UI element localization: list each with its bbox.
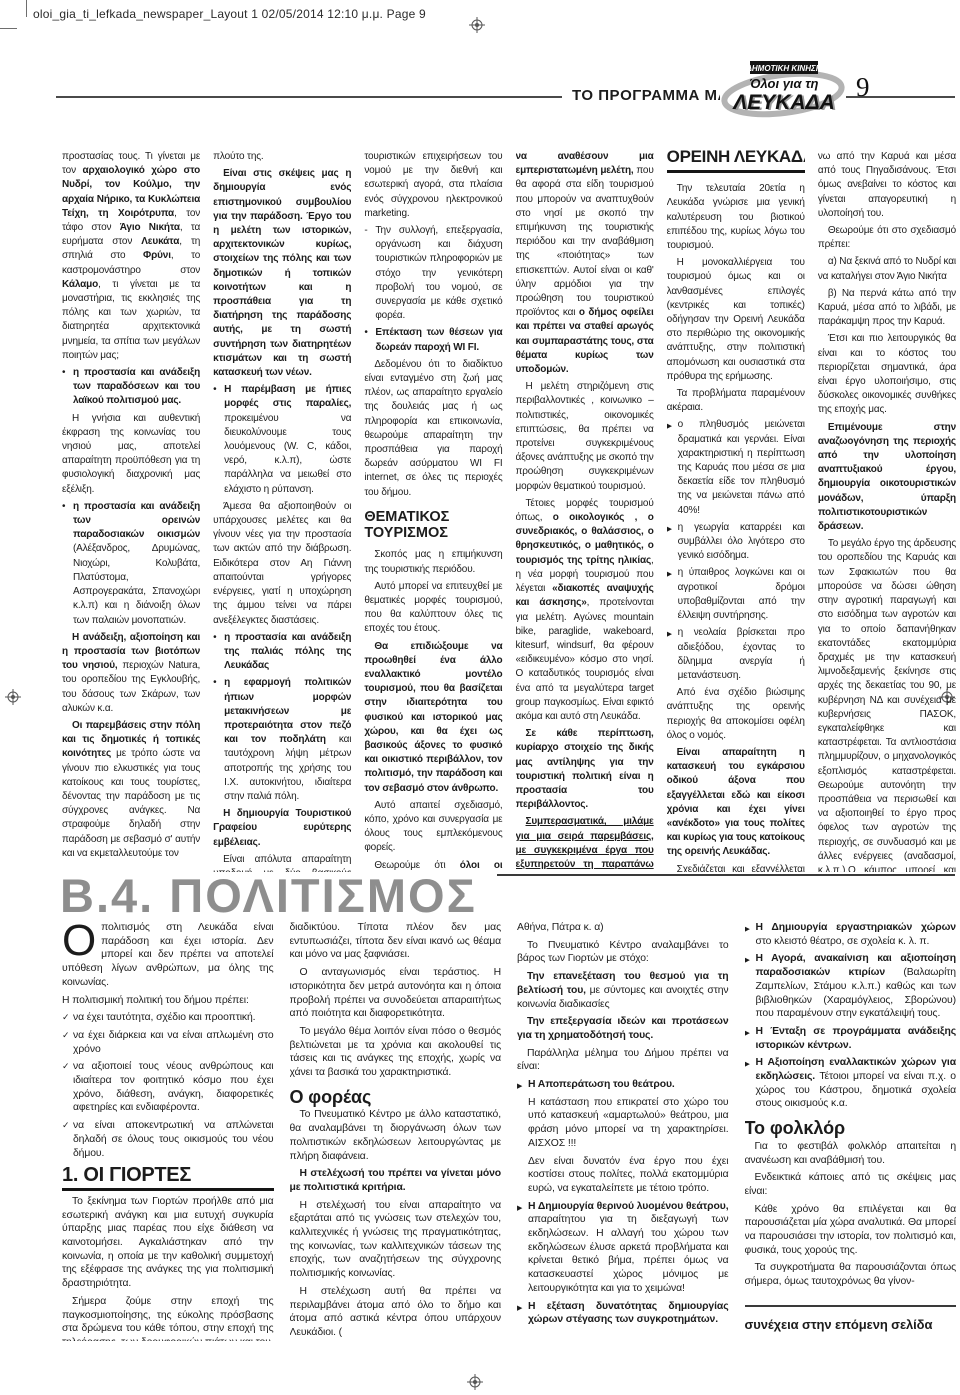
text-run: η εφαρμογή πολιτικών ήπιων μορφών μετακι… [224, 677, 351, 745]
paragraph: Άμεσα θα αξιοποιηθούν οι υπάρχουσες μελέ… [213, 500, 351, 628]
text-run: Για το φεστιβάλ φολκλόρ απαιτείται η ανα… [745, 1141, 957, 1166]
bottom-column-3: Αθήνα, Πάτρα κ. α)Το Πνευματικό Κέντρο α… [517, 921, 729, 1341]
paragraph: τουριστικών επιχειρήσεων του νομού με τη… [364, 150, 502, 221]
text-run: Το Πνευματικό Κέντρο αναλαμβάνει το βάρο… [517, 940, 729, 965]
text-run: Παράλληλα μέλημα του Δήμου πρέπει να είν… [517, 1048, 729, 1073]
check-list-item: ✓να έχει ταυτότητα, σχέδιο και προοπτική… [62, 1011, 274, 1025]
bullet-icon: • [213, 383, 216, 397]
text-run: Αθήνα, Πάτρα κ. α) [517, 922, 604, 933]
arrow-bullet-icon: ▶ [667, 523, 672, 537]
paragraph: Η δημιουργία Τουριστικού Γραφείου ευρύτε… [213, 807, 351, 850]
party-logo: ΔΗΜΟΤΙΚΗ ΚΙΝΗΣΗ Όλοι για τη ΛΕΥΚΑΔΑ ΛΕΥΚ… [720, 60, 846, 120]
text-run: β) Να περνά κάτω από την Καρυά, μέσα από… [818, 288, 956, 327]
text-run: Η Αποπεράτωση του θεάτρου. [528, 1079, 675, 1090]
page-number: 9 [856, 72, 870, 103]
paragraph: Σκοπός μας η επιμήκυνση της τουριστικής … [364, 548, 502, 576]
text-run: Κάθε χρόνο θα επιλέγεται και θα παρουσιά… [745, 1204, 957, 1256]
text-run: η προστασία και ανάδειξη της παλιάς πόλη… [224, 632, 351, 671]
paragraph: Για το φεστιβάλ φολκλόρ απαιτείται η ανα… [745, 1140, 957, 1167]
text-run: Είναι απαραίτητη η κατασκευή του εγκάρσι… [667, 747, 805, 857]
paragraph: διαδικτύου. Τίποτα πλέον δεν μας εντυπωσ… [290, 921, 502, 962]
text-run: Η δημιουργία Τουριστικού Γραφείου ευρύτε… [213, 808, 351, 847]
text-run: Επιμένουμε στην αναζωογόνηση της περιοχή… [818, 422, 956, 532]
text-run: Τα συγκροτήματα θα παρουσιάζονται όπως σ… [745, 1262, 957, 1287]
paragraph: Το Πνευματικό Κέντρο με άλλο καταστατικό… [290, 1108, 502, 1163]
top-column-5: ΟΡΕΙΝΗ ΛΕΥΚΑΔΑΤην τελευταία 20ετία η Λευ… [667, 150, 805, 872]
paragraph: Ο ανταγωνισμός είναι τεράστιος. Η ιστορι… [290, 966, 502, 1021]
text-run: Η Ένταξη σε προγράμματα ανάδειξης ιστορι… [756, 1026, 957, 1051]
arrow-bullet-icon: ▶ [745, 1027, 750, 1041]
check-list-item: ✓να είναι αποκεντρωτική να απλώνεται δηλ… [62, 1119, 274, 1160]
text-run: Αυτό απαιτεί σχεδιασμό, κόπο, χρόνο και … [364, 800, 502, 854]
paragraph: Η στελέχωση αυτή θα πρέπει να περιλαμβάν… [290, 1285, 502, 1340]
registration-mark-icon [467, 1374, 483, 1390]
column-heading: ΟΡΕΙΝΗ ΛΕΥΚΑΔΑ [667, 150, 805, 173]
check-list-item: ✓να αξιοποιεί τους νέους ανθρώπους και ι… [62, 1060, 274, 1115]
arrow-list-item: ▶Η Αγορά, ανακαίνιση και αξιοποίηση παρα… [745, 952, 957, 1021]
dash-bullet-icon: - [364, 224, 367, 238]
sub-heading: Το φολκλόρ [745, 1122, 957, 1136]
paragraph: πλούτο της. [213, 150, 351, 164]
text-run: Έτσι και πιο λειτουργικός θα είναι και τ… [818, 333, 956, 415]
text-run: Κάλαμο [62, 279, 98, 290]
check-list-item: ✓να έχει διάρκεια και να είναι απλωμένη … [62, 1029, 274, 1056]
paragraph: Θεωρούμε ότι στο σχεδιασμό πρέπει: [818, 224, 956, 252]
check-bullet-icon: ✓ [62, 1029, 69, 1043]
text-run: Η στελέχωσή του είναι απαραίτητο να εξαρ… [290, 1200, 502, 1280]
text-run: Η στελέχωση αυτή θα πρέπει να περιλαμβάν… [290, 1286, 502, 1338]
text-run: Το φολκλόρ [745, 1118, 846, 1138]
bullet-list-item: •η προστασία και ανάδειξη των ορεινών πα… [62, 500, 200, 628]
arrow-list-item: ▶η νεολαία βρίσκεται προ αδιεξόδου, έχον… [667, 626, 805, 683]
text-run: Ο φορέας [290, 1087, 372, 1107]
paragraph: Το Πνευματικό Κέντρο αναλαμβάνει το βάρο… [517, 939, 729, 966]
text-run: Την συλλογή, επεξεργασία, οργάνωση και δ… [375, 225, 502, 321]
text-run: ο πληθυσμός μειώνεται δραματικά και γερν… [678, 419, 805, 515]
paragraph: Σε κάθε περίπτωση, κυρίαρχο στοιχείο της… [516, 727, 654, 812]
text-run: Σήμερα ζούμε στην εποχή της παγκοσμιοποί… [62, 1296, 274, 1341]
text-run: Η Δημιουργία εργαστηριακών χώρων [756, 922, 957, 933]
paragraph: νω από την Καρυά και μέσα από τους Πηγαδ… [818, 150, 956, 221]
bullet-list-item: •η προστασία και ανάδειξη της παλιάς πόλ… [213, 631, 351, 674]
paragraph: Σήμερα ζούμε στην εποχή της παγκοσμιοποί… [62, 1295, 274, 1341]
text-run: να αξιοποιεί τους νέους ανθρώπους και ιδ… [73, 1061, 274, 1113]
text-run: η ύπαιθρος λογκώνει και οι αγροτικοί δρό… [678, 567, 805, 621]
arrow-bullet-icon: ▶ [667, 568, 672, 582]
newspaper-prepress-page: { "prepress": { "slug": "oloi_gia_ti_lef… [0, 0, 960, 1395]
text-run: Η πολιτισμική πολιτική του δήμου πρέπει: [62, 995, 249, 1006]
text-run: Την επεξεργασία ιδεών και προτάσεων για … [517, 1016, 729, 1041]
indented-paragraph: Η κατάσταση που επικρατεί στο χώρο του υ… [528, 1096, 729, 1151]
text-run: Σχεδιάζεται και εξαγγέλλεται μισός. Ξεκι… [667, 864, 805, 872]
paragraph: Σχεδιάζεται και εξαγγέλλεται μισός. Ξεκι… [667, 863, 805, 872]
text-run: , τι γίνεται με τα μοναστήρια, τις εκκλη… [62, 279, 200, 361]
text-run: Θεωρούμε ότι στο σχεδιασμό πρέπει: [818, 225, 956, 250]
paragraph: Η στελέχωσή του πρέπει να γίνεται μόνο μ… [290, 1167, 502, 1194]
text-run: Η παρέμβαση με ήπιες μορφές στις παραλίε… [224, 384, 351, 409]
prepress-slug: oloi_gia_ti_lefkada_newspaper_Layout 1 0… [33, 7, 426, 21]
arrow-bullet-icon: ▶ [745, 1058, 750, 1072]
text-run: απαραίτητου για τη διεξαγωγή των εκδηλώσ… [528, 1214, 729, 1294]
masthead: ΤΟ ΠΡΟΓΡΑΜΜΑ ΜΑΣ ΔΗΜΟΤΙΚΗ ΚΙΝΗΣΗ Όλοι γι… [56, 60, 955, 122]
arrow-bullet-icon: ▶ [517, 1080, 522, 1094]
text-run: πλούτο της. [213, 151, 263, 162]
text-run: 1. ΟΙ ΓΙΟΡΤΕΣ [62, 1164, 191, 1186]
bottom-section: Οπολιτισμός στη Λευκάδα είναι παράδοση κ… [62, 921, 956, 1341]
top-section: προστασίας τους. Τι γίνεται με τον αρχαι… [62, 150, 956, 872]
text-run: Το Πνευματικό Κέντρο με άλλο καταστατικό… [290, 1109, 502, 1161]
top-column-3: τουριστικών επιχειρήσεων του νομού με τη… [364, 150, 502, 872]
text-run: Αυτό μπορεί να επιτευχθεί με θεματικές μ… [364, 581, 502, 635]
text-run: Δεν είναι δυνατόν ένα έργο που έχει κοστ… [528, 1156, 729, 1194]
text-run: να έχει ταυτότητα, σχέδιο και προοπτική. [73, 1012, 255, 1023]
text-run: η προστασία και ανάδειξη των ορεινών παρ… [73, 501, 200, 540]
arrow-list-item: ▶η ύπαιθρος λογκώνει και οι αγροτικοί δρ… [667, 566, 805, 623]
text-run: στο κλειστό θέατρο, σε σχολεία κ. λ. π. [756, 936, 930, 947]
text-run: Σε κάθε περίπτωση, κυρίαρχο στοιχείο της… [516, 728, 654, 810]
registration-mark-icon [5, 689, 21, 705]
text-run: , προτείνονται για μελέτη. Αγώνες mounta… [516, 597, 654, 722]
text-run: ΟΡΕΙΝΗ ΛΕΥΚΑΔΑ [667, 150, 805, 166]
section-divider-rule [497, 874, 955, 876]
arrow-list-item: ▶Η Αποπεράτωση του θεάτρου. [517, 1078, 729, 1092]
check-bullet-icon: ✓ [62, 1119, 69, 1133]
check-bullet-icon: ✓ [62, 1060, 69, 1074]
text-run: Το μεγάλο θέμα λοιπόν είναι πόσο ο θεσμό… [290, 1026, 502, 1078]
paragraph: Την επανεξέταση του θεσμού για τη βελτίω… [517, 970, 729, 1011]
text-run: τουριστικών επιχειρήσεων του νομού με τη… [364, 151, 502, 219]
paragraph: Τα προβλήματα παραμένουν ακέραια. [667, 387, 805, 415]
bullet-list-item: •η εφαρμογή πολιτικών ήπιων μορφών μετακ… [213, 676, 351, 804]
bullet-list-item: •Η παρέμβαση με ήπιες μορφές στις παραλί… [213, 383, 351, 497]
text-run: Άγιο Νικήτα [120, 222, 180, 233]
paragraph: προστασίας τους. Τι γίνεται με τον αρχαι… [62, 150, 200, 363]
text-run: Ο ανταγωνισμός είναι τεράστιος. Η ιστορι… [290, 967, 502, 1019]
text-run: Από ένα σχέδιο βιώσιμης ανάπτυξης της ορ… [667, 687, 805, 741]
text-run: Φρύνι [143, 250, 171, 261]
text-run: Ενδεικτικά κάποιες από τις σκέψεις μας ε… [745, 1172, 957, 1197]
paragraph: Ενδεικτικά κάποιες από τις σκέψεις μας ε… [745, 1171, 957, 1198]
crop-mark-icon [26, 0, 27, 17]
logo-name: ΛΕΥΚΑΔΑ [732, 91, 835, 114]
bullet-icon: • [364, 326, 367, 340]
inline-heading: ΘΕΜΑΤΙΚΟΣ ΤΟΥΡΙΣΜΟΣ [364, 509, 502, 541]
paragraph: Η στελέχωσή του είναι απαραίτητο να εξαρ… [290, 1199, 502, 1281]
arrow-bullet-icon: ▶ [667, 420, 672, 434]
paragraph: Το μεγάλο θέμα λοιπόν είναι πόσο ο θεσμό… [290, 1025, 502, 1080]
text-run: ΘΕΜΑΤΙΚΟΣ ΤΟΥΡΙΣΜΟΣ [364, 509, 449, 541]
arrow-list-item: ▶ο πληθυσμός μειώνεται δραματικά και γερ… [667, 418, 805, 517]
arrow-list-item: ▶Η Ένταξη σε προγράμματα ανάδειξης ιστορ… [745, 1025, 957, 1052]
text-run: Το μεγάλο έργο της άρδευσης του οροπεδίο… [818, 538, 956, 872]
top-column-1: προστασίας τους. Τι γίνεται με τον αρχαι… [62, 150, 200, 872]
paragraph: Θα επιδιώξουμε να προωθηθεί ένα άλλο ενα… [364, 640, 502, 796]
text-run: Είναι στις σκέψεις μας η δημιουργία ενός… [213, 168, 351, 378]
crop-mark-icon [0, 28, 17, 29]
bullet-icon: • [213, 676, 216, 690]
paragraph: Το μεγάλο έργο της άρδευσης του οροπεδίο… [818, 537, 956, 872]
paragraph: β) Να περνά κάτω από την Καρυά, μέσα από… [818, 287, 956, 330]
text-run: να έχει διάρκεια και να είναι απλωμένη σ… [73, 1030, 274, 1055]
top-column-2: πλούτο της.Είναι στις σκέψεις μας η δημι… [213, 150, 351, 872]
text-run: Δεδομένου ότι το διαδίκτυο είναι ενταγμέ… [364, 359, 502, 498]
paragraph: Την τελευταία 20ετία η Λευκάδα γνώρισε μ… [667, 182, 805, 253]
dropcap-paragraph: Οπολιτισμός στη Λευκάδα είναι παράδοση κ… [62, 921, 274, 990]
paragraph: Από ένα σχέδιο βιώσιμης ανάπτυξης της ορ… [667, 686, 805, 743]
arrow-list-item: ▶Η εξέταση δυνατότητας δημιουργίας χώρων… [517, 1300, 729, 1327]
culture-section-heading: Β.4. ΠΟΛΙΤΙΣΜΟΣ [60, 872, 477, 919]
paragraph: Έτσι και πιο λειτουργικός θα είναι και τ… [818, 332, 956, 417]
text-run: α) Να ξεκινά από το Νυδρί και να καταλήγ… [818, 256, 956, 281]
arrow-bullet-icon: ▶ [517, 1302, 522, 1316]
text-run: Τα προβλήματα παραμένουν ακέραια. [667, 388, 805, 413]
paragraph: Είναι απαραίτητη η κατασκευή του εγκάρσι… [667, 746, 805, 860]
bullet-list-item: •η προστασία και ανάδειξη των παραδόσεων… [62, 366, 200, 409]
check-bullet-icon: ✓ [62, 1011, 69, 1025]
paragraph: Την επεξεργασία ιδεών και προτάσεων για … [517, 1015, 729, 1042]
text-run: Η μελέτη στηριζόμενη στις περιβαλλοντικέ… [516, 381, 654, 491]
top-column-4: να αναθέσουν μια εμπεριστατωμένη μελέτη,… [516, 150, 654, 872]
text-run: Το ξεκίνημα των Γιορτών προήλθε από μια … [62, 1196, 274, 1289]
text-run: Λευκάτα [141, 236, 179, 247]
bullet-icon: • [62, 500, 65, 514]
sub-heading: Ο φορέας [290, 1091, 502, 1105]
text-run: να είναι αποκεντρωτική να απλώνεται δηλα… [73, 1120, 274, 1158]
text-run: Την τελευταία 20ετία η Λευκάδα γνώρισε μ… [667, 183, 805, 251]
indented-paragraph: Δεν είναι δυνατόν ένα έργο που έχει κοστ… [528, 1155, 729, 1196]
text-run: Συμπερασματικά, μιλάμε για μια σειρά παρ… [516, 816, 654, 872]
paragraph: Συμπερασματικά, μιλάμε για μια σειρά παρ… [516, 815, 654, 872]
logo-kicker: ΔΗΜΟΤΙΚΗ ΚΙΝΗΣΗ [746, 64, 822, 73]
paragraph: Δεδομένου ότι το διαδίκτυο είναι ενταγμέ… [364, 358, 502, 500]
arrow-bullet-icon: ▶ [667, 628, 672, 642]
paragraph: α) Να ξεκινά από το Νυδρί και να καταλήγ… [818, 255, 956, 283]
paragraph: Είναι στις σκέψεις μας η δημιουργία ενός… [213, 167, 351, 380]
arrow-bullet-icon: ▶ [745, 954, 750, 968]
arrow-list-item: ▶η γεωργία καταρρέει και συμβάλλει όλο λ… [667, 521, 805, 564]
text-run: Επέκταση των θέσεων για δωρεάν παροχή WI… [375, 327, 502, 352]
arrow-list-item: ▶Η Δημιουργία εργαστηριακών χώρων στο κλ… [745, 921, 957, 948]
bottom-column-2: διαδικτύου. Τίποτα πλέον δεν μας εντυπωσ… [290, 921, 502, 1341]
paragraph: Επιμένουμε στην αναζωογόνηση της περιοχή… [818, 421, 956, 535]
text-run: Η Δημιουργία θερινού λυομένου θεάτρου, [528, 1201, 729, 1212]
paragraph: Αθήνα, Πάτρα κ. α) [517, 921, 729, 935]
paragraph: Η πολιτισμική πολιτική του δήμου πρέπει: [62, 994, 274, 1008]
dash-list-item: -Την συλλογή, επεξεργασία, οργάνωση και … [364, 224, 502, 323]
arrow-list-item: ▶Η Δημιουργία θερινού λυομένου θεάτρου, … [517, 1200, 729, 1296]
bottom-column-4: ▶Η Δημιουργία εργαστηριακών χώρων στο κλ… [745, 921, 957, 1341]
text-run: η γεωργία καταρρέει και συμβάλλει όλο λι… [678, 522, 805, 561]
paragraph: Το ξεκίνημα των Γιορτών προήλθε από μια … [62, 1195, 274, 1291]
paragraph: Η γνήσια και αυθεντική έκφραση της κοινω… [62, 412, 200, 497]
text-run: Η μονοκαλλιέργεια του τουρισμού όμως και… [667, 257, 805, 382]
logo-tagline: Όλοι για τη [750, 76, 819, 91]
registration-mark-icon [469, 17, 485, 33]
paragraph: Η μονοκαλλιέργεια του τουρισμού όμως και… [667, 256, 805, 384]
drop-cap: Ο [62, 924, 96, 958]
text-run: να αναθέσουν μια εμπεριστατωμένη μελέτη, [516, 151, 654, 176]
text-run: συνέχεια στην επόμενη σελίδα [745, 1317, 933, 1332]
text-run: Η στελέχωσή του πρέπει να γίνεται μόνο μ… [290, 1168, 502, 1193]
text-run: Άμεσα θα αξιοποιηθούν οι υπάρχουσες μελέ… [213, 501, 351, 626]
continuation-note: συνέχεια στην επόμενη σελίδα [745, 1305, 957, 1332]
arrow-bullet-icon: ▶ [517, 1202, 522, 1216]
paragraph: Αυτό απαιτεί σχεδιασμό, κόπο, χρόνο και … [364, 799, 502, 856]
paragraph: Παράλληλα μέλημα του Δήμου πρέπει να είν… [517, 1047, 729, 1074]
text-run: Η γνήσια και αυθεντική έκφραση της κοινω… [62, 413, 200, 495]
bottom-column-1: Οπολιτισμός στη Λευκάδα είναι παράδοση κ… [62, 921, 274, 1341]
text-run: με τρόπο ώστε να γίνουν πιο ελκυστικές γ… [62, 748, 200, 858]
text-run: διαδικτύου. Τίποτα πλέον δεν μας εντυπωσ… [290, 922, 502, 960]
text-run: η προστασία και ανάδειξη των παραδόσεων … [73, 367, 200, 406]
paragraph: Κάθε χρόνο θα επιλέγεται και θα παρουσιά… [745, 1203, 957, 1258]
text-run: (Αλέξανδρος, Δρυμώνας, Νιοχώρι, Κολυβάτα… [73, 543, 200, 625]
top-column-6: νω από την Καρυά και μέσα από τους Πηγαδ… [818, 150, 956, 872]
bullet-icon: • [213, 631, 216, 645]
paragraph: να αναθέσουν μια εμπεριστατωμένη μελέτη,… [516, 150, 654, 377]
arrow-bullet-icon: ▶ [745, 923, 750, 937]
section-heading: 1. ΟΙ ΓΙΟΡΤΕΣ [62, 1169, 274, 1191]
text-run: που θα αφορά στα είδη τουρισμού που μπορ… [516, 165, 654, 318]
text-run: προκειμένου να διευκολύνουμε τους λουόμε… [224, 413, 351, 495]
paragraph: Αυτό μπορεί να επιτευχθεί με θεματικές μ… [364, 580, 502, 637]
paragraph: Η ανάδειξη, αξιοποίηση και η προστασία τ… [62, 631, 200, 716]
arrow-list-item: ▶Η Αξιοποίηση εναλλακτικών χώρων για εκδ… [745, 1056, 957, 1111]
text-run: Η εξέταση δυνατότητας δημιουργίας χώρων … [528, 1301, 729, 1326]
text-run: Θα επιδιώξουμε να προωθηθεί ένα άλλο ενα… [364, 641, 502, 794]
paragraph: Τα συγκροτήματα θα παρουσιάζονται όπως σ… [745, 1261, 957, 1288]
text-run: Σκοπός μας η επιμήκυνση της τουριστικής … [364, 549, 502, 574]
bullet-list-item: •Επέκταση των θέσεων για δωρεάν παροχή W… [364, 326, 502, 354]
paragraph: Η μελέτη στηριζόμενη στις περιβαλλοντικέ… [516, 380, 654, 494]
text-run: η νεολαία βρίσκεται προ αδιεξόδου, έχοντ… [678, 627, 805, 681]
paragraph: Τέτοιες μορφές τουρισμού όπως, ο οικολογ… [516, 497, 654, 724]
paragraph: Οι παρεμβάσεις στην πόλη και τις δημοτικ… [62, 719, 200, 861]
text-run: Η κατάσταση που επικρατεί στο χώρο του υ… [528, 1097, 729, 1149]
bullet-icon: • [62, 366, 65, 380]
text-run: νω από την Καρυά και μέσα από τους Πηγαδ… [818, 151, 956, 219]
